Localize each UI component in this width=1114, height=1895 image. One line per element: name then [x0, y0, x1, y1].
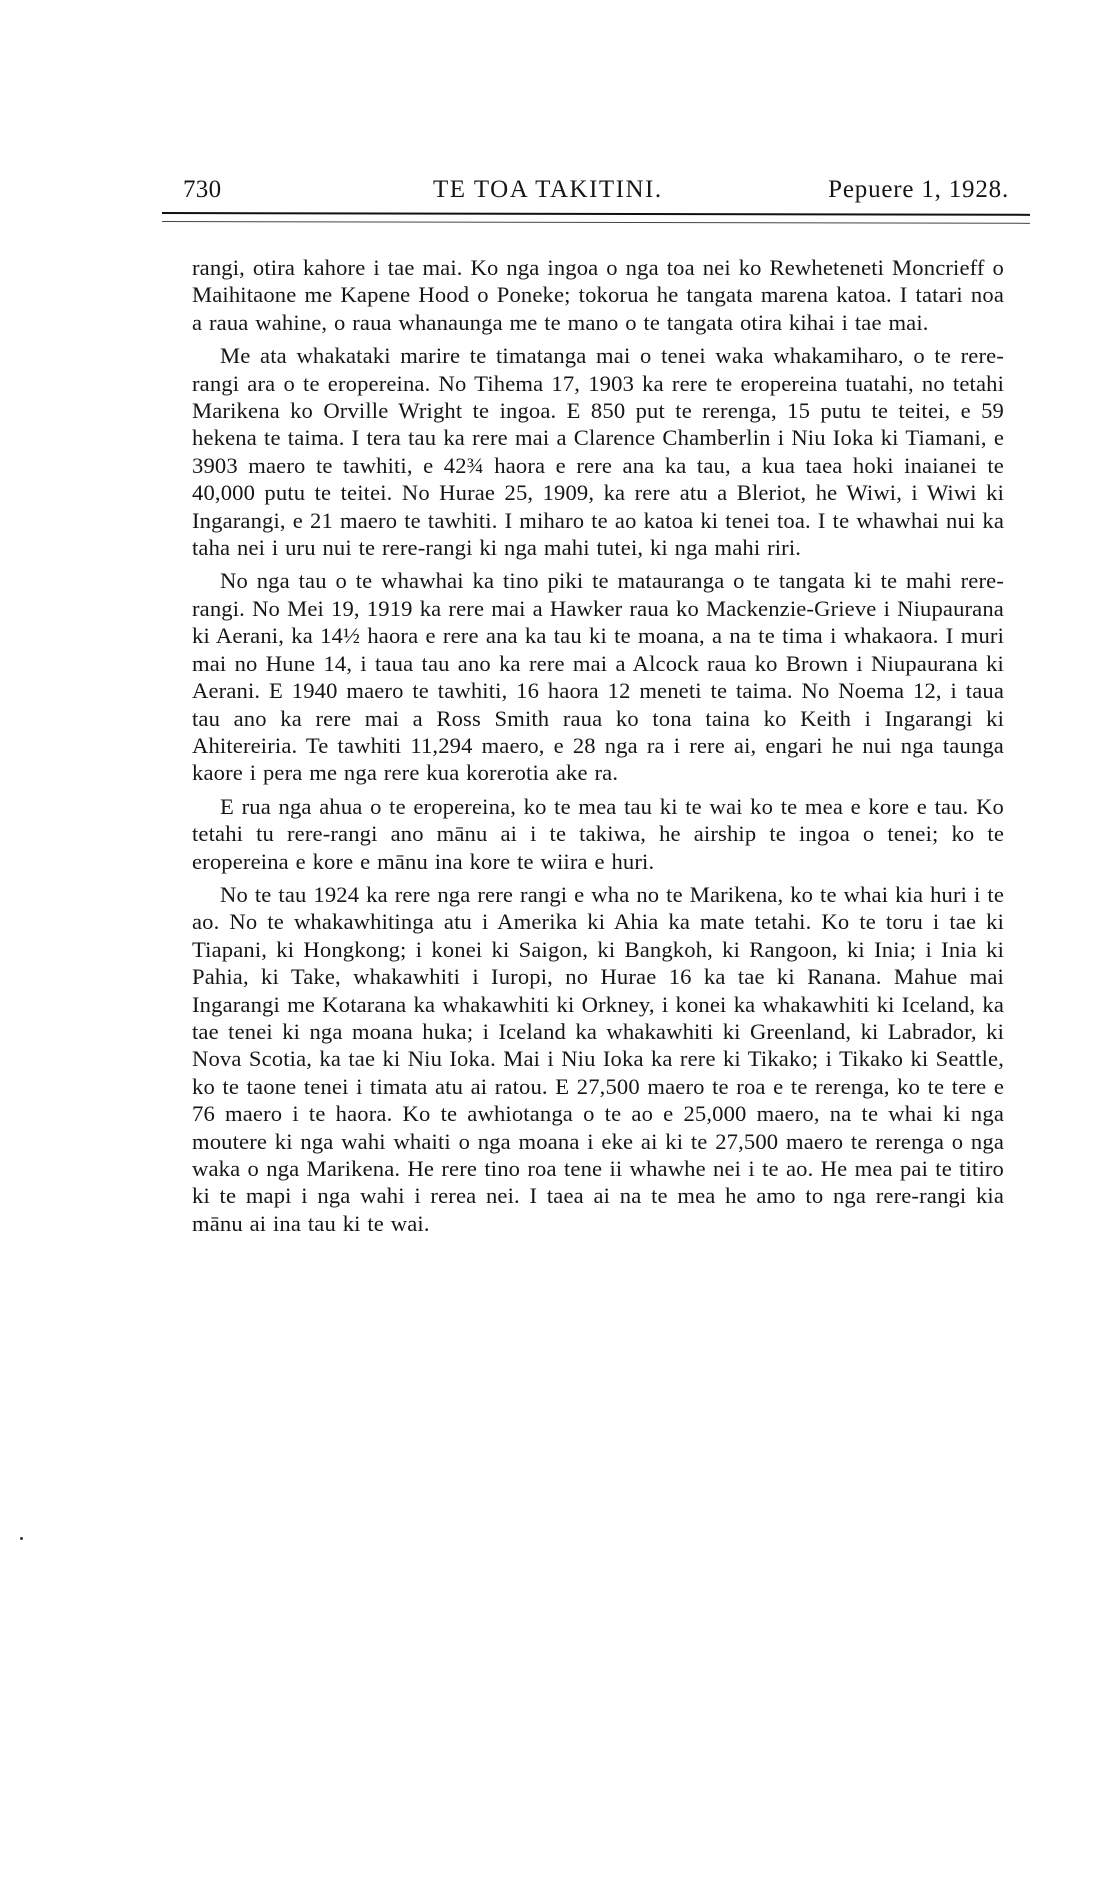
header-rule-thin	[162, 221, 1030, 224]
paragraph-world-flight-1924: No te tau 1924 ka rere nga rere rangi e …	[192, 881, 1004, 1237]
page-number: 730	[183, 176, 221, 204]
paragraph-continuation: rangi, otira kahore i tae mai. Ko nga in…	[192, 254, 1004, 336]
document-page: 730 TE TOA TAKITINI. Pepuere 1, 1928. ra…	[0, 0, 1114, 1895]
article-body: rangi, otira kahore i tae mai. Ko nga in…	[192, 254, 1004, 1243]
paragraph-aviation-history: Me ata whakataki marire te timatanga mai…	[192, 342, 1004, 561]
header-rule-thick	[162, 212, 1030, 216]
paragraph-aircraft-types: E rua nga ahua o te eropereina, ko te me…	[192, 793, 1004, 875]
scan-speck	[20, 1537, 23, 1540]
journal-title: TE TOA TAKITINI.	[433, 176, 663, 204]
issue-date: Pepuere 1, 1928.	[828, 176, 1009, 204]
paragraph-war-era-flights: No nga tau o te whawhai ka tino piki te …	[192, 567, 1004, 786]
running-header: 730 TE TOA TAKITINI. Pepuere 1, 1928.	[183, 176, 1003, 210]
